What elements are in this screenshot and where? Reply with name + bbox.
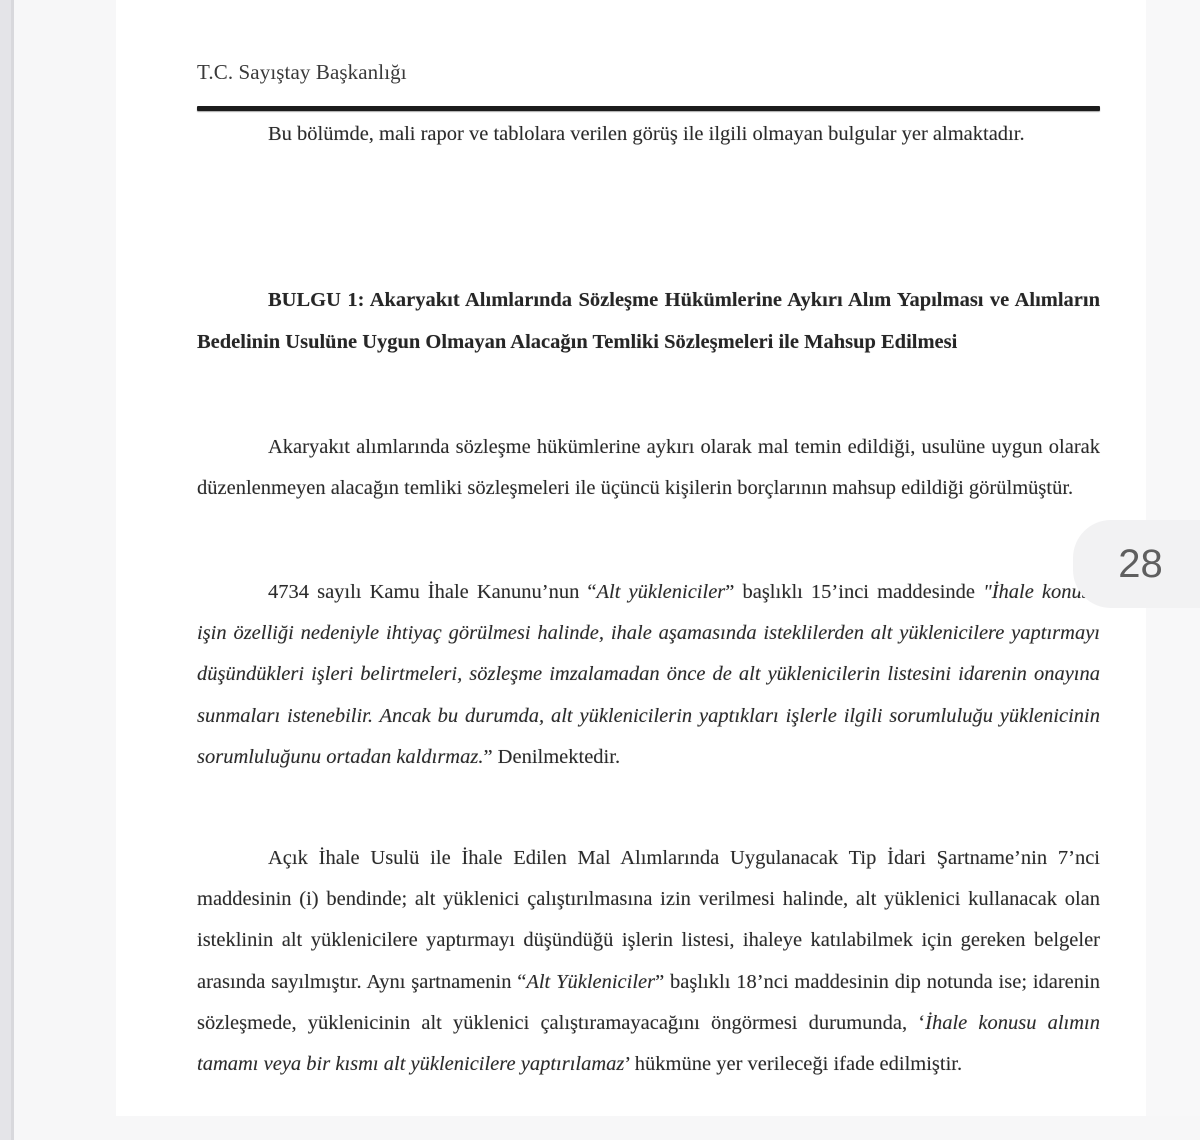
- law-paragraph: 4734 sayılı Kamu İhale Kanunu’nun “Alt y…: [197, 572, 1100, 778]
- document-page[interactable]: T.C. Sayıştay Başkanlığı Bu bölümde, mal…: [116, 0, 1146, 1116]
- page-number: 28: [1110, 542, 1163, 587]
- intro-paragraph: Bu bölümde, mali rapor ve tablolara veri…: [197, 114, 1100, 155]
- spec-tail: ’ hükmüne yer verileceği ifade edilmişti…: [624, 1053, 962, 1075]
- page-number-badge[interactable]: 28: [1073, 520, 1200, 608]
- bottom-margin: [116, 1116, 1200, 1140]
- document-viewer: T.C. Sayıştay Başkanlığı Bu bölümde, mal…: [0, 0, 1200, 1140]
- law-mid: ” başlıklı 15’inci maddesinde: [725, 581, 983, 603]
- finding-summary: Akaryakıt alımlarında sözleşme hükümleri…: [197, 427, 1100, 509]
- spec-article-title: Alt Yükleniciler: [526, 971, 655, 993]
- viewer-edge-strip: [0, 0, 14, 1140]
- header-rule: [197, 106, 1100, 111]
- left-margin: [14, 0, 116, 1140]
- law-quote: "İhale konusu işin özelliği nedeniyle ih…: [197, 581, 1100, 768]
- law-lead: 4734 sayılı Kamu İhale Kanunu’nun “: [268, 581, 597, 603]
- law-tail: ” Denilmektedir.: [483, 746, 620, 768]
- law-article-title: Alt yükleniciler: [597, 581, 726, 603]
- finding-title: BULGU 1: Akaryakıt Alımlarında Sözleşme …: [197, 280, 1100, 363]
- spec-paragraph: Açık İhale Usulü ile İhale Edilen Mal Al…: [197, 838, 1100, 1085]
- running-header: T.C. Sayıştay Başkanlığı: [197, 60, 407, 85]
